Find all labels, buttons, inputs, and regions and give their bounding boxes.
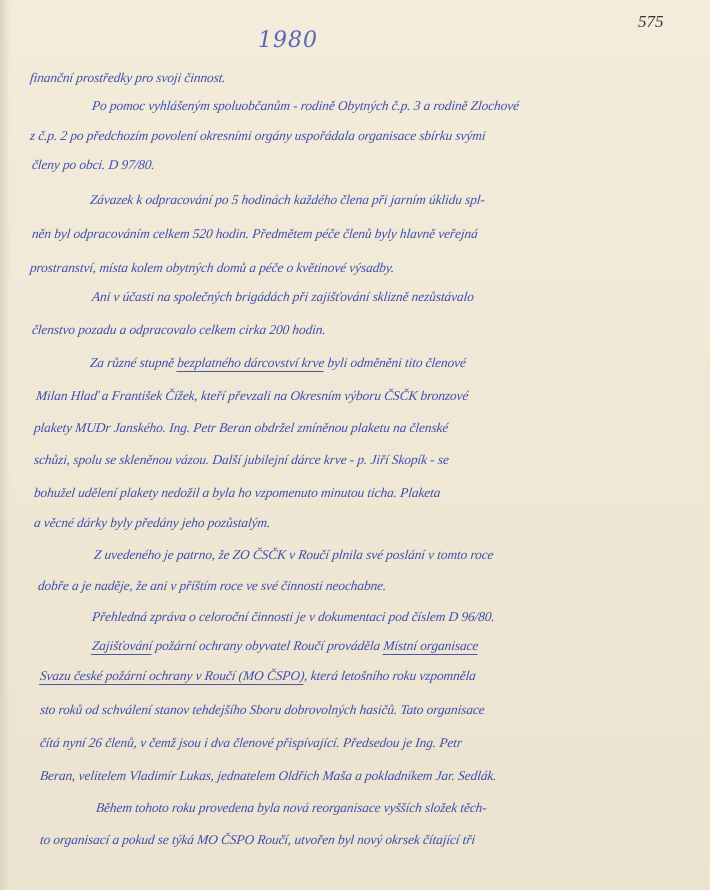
text-prefix: Za různé stupně (89, 355, 178, 370)
document-page: 1980 575 finanční prostředky pro svoji č… (0, 0, 710, 890)
text-line: Závazek k odpracování po 5 hodinách každ… (89, 192, 486, 208)
page-number: 575 (638, 12, 664, 32)
text-suffix: , která letošního roku vzpomněla (304, 668, 477, 683)
text-line: něn byl odpracováním celkem 520 hodin. P… (31, 226, 478, 242)
text-line: členy po obci. D 97/80. (31, 157, 155, 173)
text-line: to organisací a pokud se týká MO ČSPO Ro… (39, 832, 476, 848)
text-line: sto roků od schválení stanov tehdejšího … (39, 702, 485, 718)
underlined-phrase: Místní organisace (383, 638, 479, 653)
underlined-phrase: bezplatného dárcovství krve (177, 355, 326, 370)
text-line: finanční prostředky pro svoji činnost. (29, 70, 226, 86)
text-line-underlined-phrase: Za různé stupně bezplatného dárcovství k… (89, 355, 467, 371)
text-line: Ani v účasti na společných brigádách při… (91, 289, 475, 305)
text-line: bohužel udělení plakety nedožil a byla h… (33, 485, 441, 501)
text-line: Z uvedeného je patrno, že ZO ČSČK v Rouč… (93, 547, 494, 563)
underlined-phrase: Svazu české požární ochrany v Roučí (MO … (39, 668, 305, 683)
year-heading: 1980 (258, 28, 318, 53)
text-line: prostranství, místa kolem obytných domů … (29, 260, 395, 276)
text-line: z č.p. 2 po předchozím povolení okresním… (29, 128, 486, 144)
text-line: čítá nyní 26 členů, v čemž jsou i dva čl… (39, 735, 463, 751)
text-line: a věcné dárky byly předány jeho pozůstal… (33, 515, 271, 531)
text-line-underlined: Zajišťování požární ochrany obyvatel Rou… (91, 638, 479, 654)
text-line: plakety MUDr Janského. Ing. Petr Beran o… (33, 420, 449, 436)
text-line: Milan Hlaď a František Čížek, kteří přev… (35, 388, 469, 404)
text-line: Po pomoc vyhlášeným spoluobčanům - rodin… (91, 98, 520, 114)
text-line: členstvo pozadu a odpracovalo celkem cir… (31, 322, 326, 338)
text-line: schůzi, spolu se skleněnou vázou. Další … (33, 452, 450, 468)
text-line: Beran, velitelem Vladimír Lukas, jednate… (39, 768, 497, 784)
text-line: Během tohoto roku provedena byla nová re… (95, 800, 487, 816)
text-middle: požární ochrany obyvatel Roučí prováděla (152, 638, 385, 653)
text-line: Přehledná zpráva o celoroční činnosti je… (91, 609, 495, 625)
text-line-underlined: Svazu české požární ochrany v Roučí (MO … (39, 668, 477, 684)
underlined-word: Zajišťování (91, 638, 153, 653)
text-line: dobře a je naděje, že ani v příštím roce… (37, 578, 387, 594)
text-suffix: byli odměněni tito členové (324, 355, 467, 370)
